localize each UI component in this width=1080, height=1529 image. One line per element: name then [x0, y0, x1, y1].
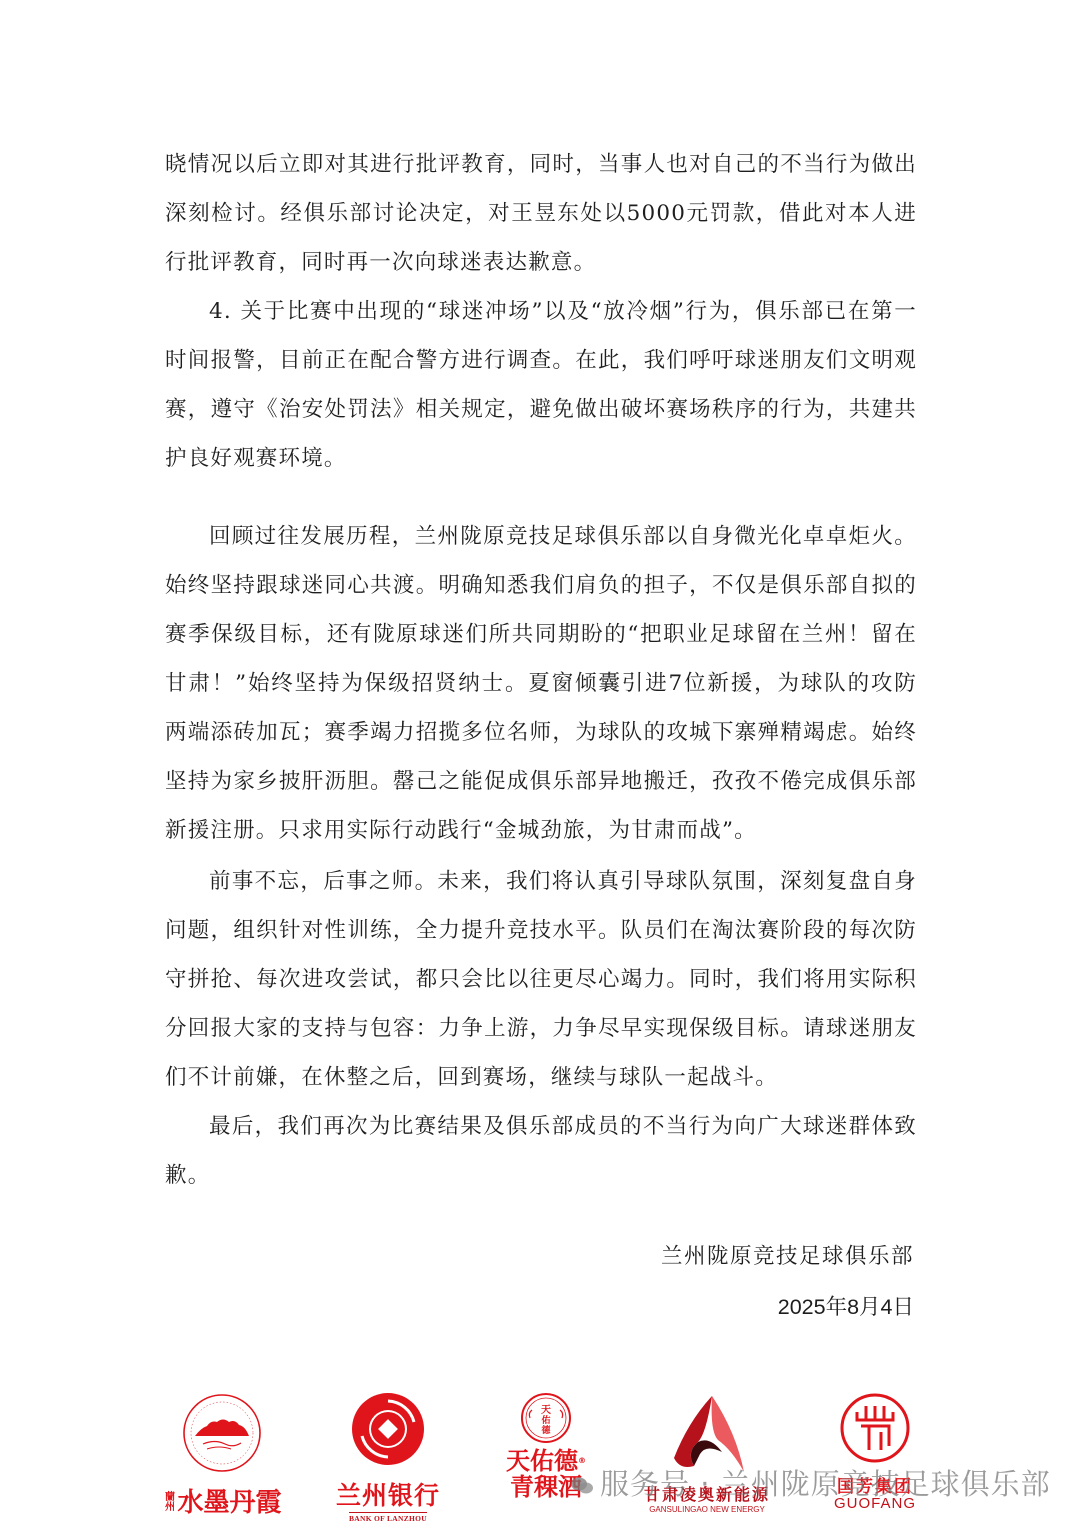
sponsor-name: 水墨丹霞	[177, 1482, 281, 1519]
paragraph-future: 前事不忘，后事之师。未来，我们将认真引导球队氛围，深刻复盘自身问题，组织针对性训…	[165, 857, 917, 1102]
paragraph-history: 回顾过往发展历程，兰州陇原竞技足球俱乐部以自身微光化卓卓炬火。始终坚持跟球迷同心…	[165, 512, 917, 855]
sponsor-gansu-lingao: 甘肃凌奥新能源 GANSULINGAO NEW ENERGY	[637, 1392, 777, 1517]
svg-text:佑: 佑	[541, 1414, 550, 1426]
paragraph-penalty: 晓情况以后立即对其进行批评教育，同时，当事人也对自己的不当行为做出深刻检讨。经俱…	[165, 140, 917, 287]
circle-glyph-icon	[839, 1392, 911, 1468]
sponsor-guofang: 国芳集团 GUOFANG	[830, 1392, 920, 1517]
registered-mark: ®	[578, 1456, 586, 1465]
sponsor-name: 国芳集团	[837, 1472, 913, 1497]
sponsor-prefix: 蘭州	[162, 1491, 173, 1511]
svg-text:天: 天	[541, 1404, 551, 1416]
paragraph-fan-incident: 4. 关于比赛中出现的“球迷冲场”以及“放冷烟”行为，俱乐部已在第一时间报警，目…	[165, 287, 917, 483]
seal-icon: 天 佑 德	[520, 1392, 572, 1448]
sponsor-logos: 蘭州 水墨丹霞 兰州银行 BANK OF LANZHOU	[150, 1392, 930, 1517]
sponsor-name: 甘肃凌奥新能源	[644, 1482, 770, 1505]
coin-icon	[351, 1392, 425, 1470]
signature-date: 2025年8月4日	[778, 1290, 914, 1321]
sponsor-sub: GANSULINGAO NEW ENERGY	[649, 1505, 765, 1514]
paragraph-apology: 最后，我们再次为比赛结果及俱乐部成员的不当行为向广大球迷群体致歉。	[165, 1102, 917, 1200]
svg-text:德: 德	[541, 1424, 551, 1436]
mountain-seal-icon	[181, 1392, 263, 1478]
sponsor-name-line1: 天佑德	[506, 1447, 578, 1475]
sponsor-sub: GUOFANG	[834, 1497, 916, 1511]
sponsor-bank-of-lanzhou: 兰州银行 BANK OF LANZHOU	[338, 1392, 438, 1517]
sponsor-sub: BANK OF LANZHOU	[349, 1512, 427, 1523]
sponsor-name-line2: 青稞酒	[510, 1474, 582, 1500]
sponsor-shuimo-danxia: 蘭州 水墨丹霞	[162, 1392, 282, 1517]
sponsor-name: 兰州银行	[336, 1476, 440, 1512]
document-page: 晓情况以后立即对其进行批评教育，同时，当事人也对自己的不当行为做出深刻检讨。经俱…	[0, 0, 1080, 1529]
swoosh-icon	[666, 1392, 748, 1478]
signature-organization: 兰州陇原竞技足球俱乐部	[661, 1239, 914, 1270]
sponsor-tianyoude: 天 佑 德 天佑德® 青稞酒	[500, 1392, 592, 1517]
